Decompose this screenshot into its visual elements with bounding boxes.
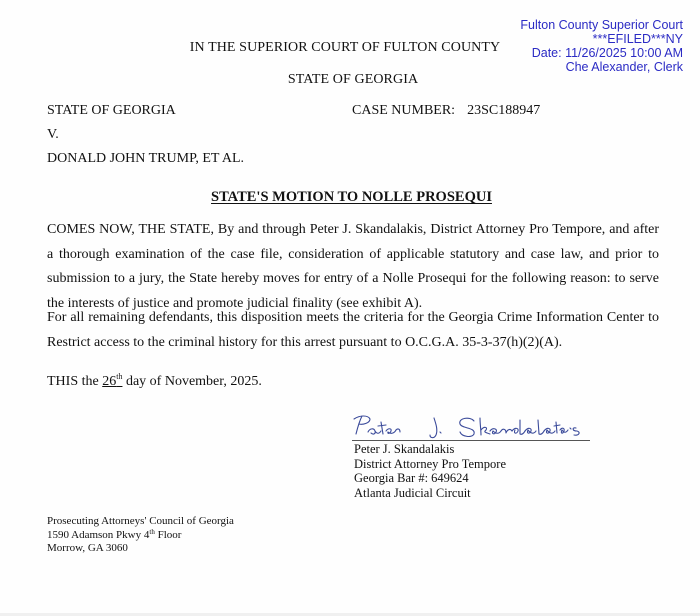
case-number: CASE NUMBER:23SC188947 [352, 103, 540, 119]
document-title: STATE'S MOTION TO NOLLE PROSEQUI [0, 189, 700, 206]
footer-street-number: 1590 Adamson Pkwy 4 [47, 529, 149, 541]
signatory-details: Peter J. Skandalakis District Attorney P… [354, 442, 600, 500]
date-prefix: THIS the [47, 374, 102, 389]
signatory-bar-number: Georgia Bar #: 649624 [354, 471, 600, 486]
motion-paragraph-2: For all remaining defendants, this dispo… [47, 306, 659, 355]
date-day-number: 26 [102, 374, 116, 389]
document-page: Fulton County Superior Court ***EFILED**… [0, 0, 700, 613]
state-heading: STATE OF GEORGIA [3, 72, 700, 88]
signatory-title: District Attorney Pro Tempore [354, 457, 600, 472]
signature-line [352, 440, 590, 441]
case-number-value: 23SC188947 [467, 103, 540, 118]
versus-label: V. [47, 127, 59, 143]
date-line: THIS the 26th day of November, 2025. [47, 374, 262, 390]
motion-paragraph-1: COMES NOW, THE STATE, By and through Pet… [47, 218, 659, 316]
signatory-circuit: Atlanta Judicial Circuit [354, 486, 600, 501]
signature-block: Peter J. Skandalakis District Attorney P… [350, 410, 600, 500]
handwritten-signature-icon [350, 410, 595, 440]
footer-address: Prosecuting Attorneys' Council of Georgi… [47, 515, 234, 556]
defendant-name: DONALD JOHN TRUMP, ET AL. [47, 151, 244, 167]
document-title-text: STATE'S MOTION TO NOLLE PROSEQUI [211, 189, 492, 205]
footer-floor-label: Floor [155, 529, 182, 541]
case-number-label: CASE NUMBER: [352, 103, 455, 118]
footer-street: 1590 Adamson Pkwy 4th Floor [47, 529, 234, 543]
signatory-name: Peter J. Skandalakis [354, 442, 600, 457]
footer-organization: Prosecuting Attorneys' Council of Georgi… [47, 515, 234, 529]
date-suffix: day of November, 2025. [122, 374, 261, 389]
plaintiff-name: STATE OF GEORGIA [47, 103, 176, 119]
court-name-heading: IN THE SUPERIOR COURT OF FULTON COUNTY [0, 40, 695, 56]
date-day: 26th [102, 374, 122, 389]
footer-city: Morrow, GA 3060 [47, 542, 234, 556]
stamp-court: Fulton County Superior Court [520, 18, 683, 32]
